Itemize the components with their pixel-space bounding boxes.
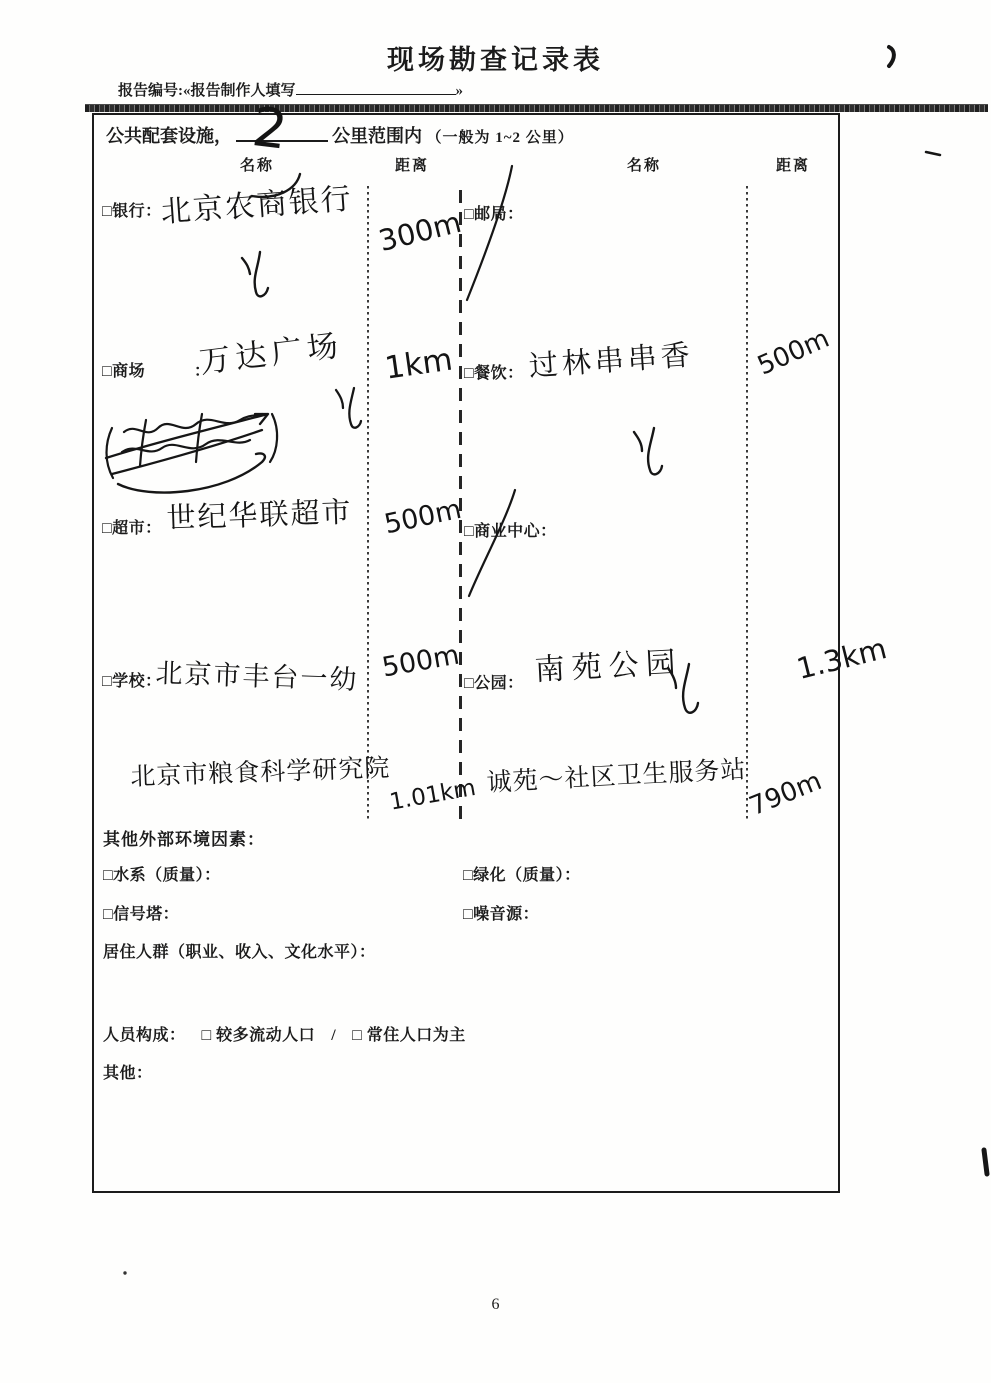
- composition-option-permanent-checkbox: □ 常住人口为主: [352, 1026, 466, 1046]
- column-header-name-right: 名称: [627, 157, 661, 176]
- label-dining-checkbox: □餐饮：: [464, 364, 524, 384]
- divider-dotted-right: [746, 186, 748, 820]
- label-noise-source-checkbox: □噪音源：: [463, 905, 539, 925]
- decorative-rule: [85, 104, 988, 112]
- composition-label: 人员构成：: [103, 1026, 186, 1046]
- handwriting-school-name: 北京市丰台一幼: [155, 660, 359, 694]
- label-bizcenter-checkbox: □商业中心：: [464, 522, 557, 542]
- facilities-heading-prefix: 公共配套设施，: [106, 126, 232, 146]
- report-number-close: »: [456, 83, 464, 99]
- handwriting-park-name: 南苑公园: [534, 648, 683, 686]
- report-number-line: 报告编号:«报告制作人填写»: [118, 80, 463, 101]
- handwriting-mall-distance: 1km: [383, 345, 455, 385]
- label-supermarket-checkbox: □超市：: [102, 519, 162, 539]
- handwriting-range-value: 2: [249, 100, 290, 158]
- scan-artifact-dash: [926, 152, 940, 155]
- composition-row: 人员构成： □ 较多流动人口 / □ 常住人口为主: [103, 1026, 466, 1046]
- composition-separator: /: [331, 1026, 336, 1046]
- divider-dotted-left: [367, 186, 369, 822]
- scan-artifact-dot: [123, 1271, 126, 1274]
- scan-artifact-edge-tick: [984, 1150, 987, 1174]
- form-title: 现场勘查记录表: [0, 44, 991, 78]
- label-school-checkbox: □学校：: [102, 672, 162, 692]
- page-number: 6: [0, 1295, 991, 1315]
- env-factors-heading: 其他外部环境因素：: [103, 829, 265, 850]
- label-greenery-checkbox: □绿化（质量）：: [463, 866, 581, 886]
- scanned-form-page: 现场勘查记录表 报告编号:«报告制作人填写» 公共配套设施，公里范围内 （一般为…: [0, 0, 991, 1383]
- column-header-distance-right: 距离: [776, 157, 810, 176]
- handwriting-supermarket-name: 世纪华联超市: [166, 498, 353, 533]
- label-mall-checkbox: □商场: [102, 362, 145, 382]
- label-postoffice-checkbox: □邮局：: [464, 205, 524, 225]
- label-residents: 居住人群（职业、收入、文化水平）：: [103, 943, 376, 963]
- label-park-checkbox: □公园：: [464, 674, 524, 694]
- column-header-distance-left: 距离: [395, 157, 429, 176]
- facilities-heading-note: （一般为 1~2 公里）: [427, 130, 574, 146]
- facilities-heading-suffix: 公里范围内: [332, 126, 422, 146]
- label-signal-tower-checkbox: □信号塔：: [103, 905, 179, 925]
- label-bank-checkbox: □银行：: [102, 202, 162, 222]
- facilities-heading: 公共配套设施，公里范围内 （一般为 1~2 公里）: [106, 124, 574, 148]
- report-number-blank: [296, 80, 456, 95]
- composition-option-migrant-checkbox: □ 较多流动人口: [202, 1026, 316, 1046]
- label-water-checkbox: □水系（质量）：: [103, 866, 221, 886]
- label-other: 其他：: [103, 1064, 153, 1084]
